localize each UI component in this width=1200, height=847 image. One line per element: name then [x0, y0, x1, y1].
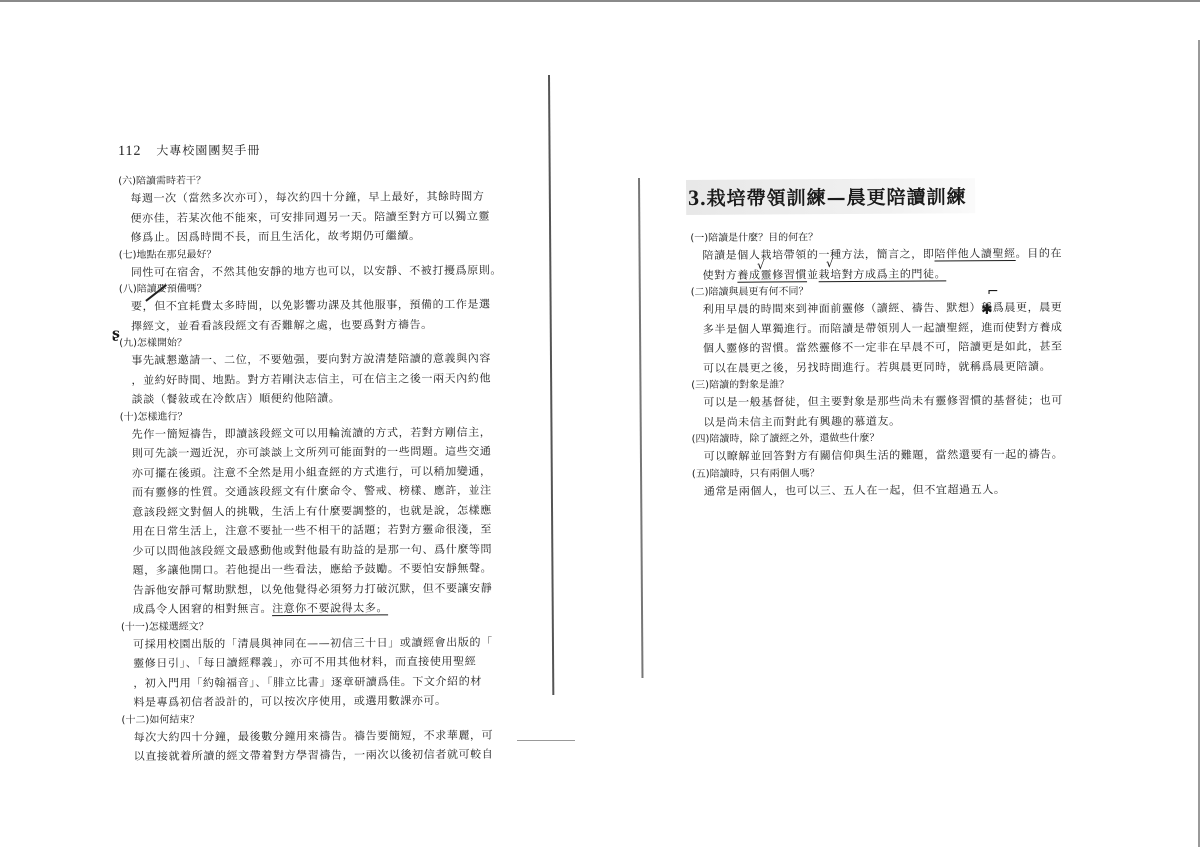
- text-line: 通常是兩個人，也可以三、五人在一起，但不宜超過五人。: [704, 479, 1082, 501]
- text-line: 利用早晨的時間來到神面前靈修（讀經、禱告、默想）稱爲晨更，晨更: [703, 298, 1081, 320]
- section-11: (十一)怎樣選經文？ 可採用校園出版的「清晨與神同在——初信三十日」或讀經會出版…: [121, 617, 542, 713]
- text-line: 料是專爲初信者設計的，可以按次序使用，或選用數課亦可。: [133, 690, 541, 712]
- text-line: 意該段經文對個人的挑戰，生活上有什麼要調整的，也就是說，怎樣應: [132, 500, 540, 522]
- handwritten-check-icon: √: [757, 258, 765, 272]
- section-10: (十)怎樣進行？ 先作一簡短禱告，即讀該段經文可以用輪流讀的方式，若對方剛信主，…: [120, 407, 541, 620]
- text-line: 要，但不宜耗費太多時間，以免影響功課及其他服事，預備的工作是選: [131, 294, 539, 316]
- text-line: 則可先談一週近況，亦可談談上文所列可能面對的一些問題。這些交通: [132, 441, 540, 463]
- page-gutter-line: [548, 75, 554, 695]
- text-line: 談談（餐敍或在冷飲店）順便約他陪讀。: [132, 387, 540, 409]
- text-segment: 使對方: [703, 268, 738, 281]
- handwritten-margin-mark-icon: ʂ: [112, 326, 120, 342]
- right-page: 3.栽培帶領訓練—晨更陪讀訓練 (一)陪讀是什麼？目的何在？ 陪讀是個人栽培帶領…: [690, 178, 1082, 501]
- left-page: 112 大專校園團契手冊 (六)陪讀需時若干？ 每週一次（當然多次亦可），每次約…: [118, 139, 542, 766]
- book-title: 大專校園團契手冊: [156, 143, 260, 158]
- text-line: 每次大約四十分鐘，最後數分鐘用來禱告。禱告要簡短，不求華麗，可: [134, 725, 542, 747]
- section-5: (五)陪讀時，只有兩個人嗎？ 通常是兩個人，也可以三、五人在一起，但不宜超過五人…: [692, 464, 1082, 501]
- text-line: 成爲令人困窘的相對無言。注意你不要說得太多。: [133, 597, 541, 619]
- text-line: 同性可在宿舍，不然其他安靜的地方也可以，以安靜、不被打擾爲原則。: [131, 260, 539, 282]
- section-4: (四)陪讀時，除了讀經之外，還做些什麼？ 可以瞭解並回答對方有關信仰與生活的難題…: [692, 430, 1082, 467]
- text-line: 告訴他安靜可幫助默想，以免他覺得必須努力打破沉默，但不要讓安靜: [133, 578, 541, 600]
- text-line: 多半是個人單獨進行。而陪讀是帶領別人一起讀聖經，進而使對方養成: [703, 317, 1081, 339]
- section-2: (二)陪讀與晨更有何不同？ 利用早晨的時間來到神面前靈修（讀經、禱告、默想）稱爲…: [691, 283, 1082, 378]
- underlined-text: 栽培對方成爲主的門徒。: [819, 267, 947, 281]
- text-line: 可以是一般基督徒，但主要對象是那些尚未有靈修習慣的基督徒；也可: [703, 391, 1081, 413]
- text-line: 題，多讓他開口。若他提出一些看法，應給予鼓勵。不要怕安靜無聲。: [133, 558, 541, 580]
- text-segment: 並: [807, 268, 819, 281]
- scan-top-edge: [0, 0, 1200, 2]
- text-line: 事先誠懇邀請一、二位，不要勉强，要向對方說清楚陪讀的意義與內容: [131, 348, 539, 370]
- section-7: (七)地點在那兒最好？ 同性可在宿舍，不然其他安靜的地方也可以，以安靜、不被打擾…: [119, 245, 539, 282]
- text-line: 以是尚未信主而對此有興趣的慕道友。: [703, 410, 1081, 432]
- text-line: 可以瞭解並回答對方有關信仰與生活的難題，當然還要有一起的禱告。: [704, 445, 1082, 467]
- text-line: 每週一次（當然多次亦可），每次約四十分鐘，早上最好，其餘時間方: [130, 186, 538, 208]
- section-8: (八)陪讀要預備嗎？ 要，但不宜耗費太多時間，以免影響功課及其他服事，預備的工作…: [119, 279, 539, 336]
- section-12: (十二)如何結束？ 每次大約四十分鐘，最後數分鐘用來禱告。禱告要簡短，不求華麗，…: [121, 710, 541, 767]
- text-line: 個人靈修的習慣。當然靈修不一定非在早晨不可，陪讀更是如此，甚至: [703, 337, 1081, 359]
- chapter-number: 3.: [688, 185, 707, 210]
- text-line: ，初入門用「約翰福音」、「腓立比書」逐章研讀爲佳。下文介紹的材: [133, 671, 541, 693]
- section-6: (六)陪讀需時若干？ 每週一次（當然多次亦可），每次約四十分鐘，早上最好，其餘時…: [118, 171, 538, 247]
- chapter-title: 3.栽培帶領訓練—晨更陪讀訓練: [686, 178, 975, 215]
- text-line: 可以在晨更之後，另找時間進行。若與晨更同時，就稱爲晨更陪讀。: [703, 356, 1081, 378]
- section-1: (一)陪讀是什麼？目的何在？ 陪讀是個人栽培帶領的一種方法，簡言之，即陪伴他人讀…: [690, 229, 1080, 285]
- section-3: (三)陪讀的對象是誰？ 可以是一般基督徒，但主要對象是那些尚未有靈修習慣的基督徒…: [691, 376, 1081, 432]
- section-9: (九)怎樣開始？ 事先誠懇邀請一、二位，不要勉强，要向對方說清楚陪讀的意義與內容…: [119, 333, 539, 409]
- running-head: 112 大專校園團契手冊: [118, 139, 538, 160]
- text-line: 可採用校園出版的「清晨與神同在——初信三十日」或讀經會出版的「: [133, 632, 541, 654]
- page-number: 112: [118, 144, 142, 159]
- text-line: 而有靈修的性質。交通該段經文有什麼命令、警戒、榜樣、應許，並注: [132, 480, 540, 502]
- handwritten-check-icon: √: [826, 256, 834, 270]
- underlined-text: 陪伴他人讀聖經: [934, 247, 1015, 260]
- chapter-title-text: 栽培帶領訓練—晨更陪讀訓練: [707, 186, 967, 210]
- text-line: ，並約好時間、地點。對方若剛決志信主，可在信主之後一兩天內約他: [131, 368, 539, 390]
- text-line: 擇經文，並看看該段經文有否難解之處，也要爲對方禱告。: [131, 314, 539, 336]
- text-line: 靈修日引」、「每日讀經釋義」，亦可不用其他材料，而直接使用聖經: [133, 651, 541, 673]
- text-segment: 成爲令人困窘的相對無言。: [133, 602, 272, 616]
- text-line: 用在日常生活上，注意不要扯一些不相干的話題；若對方靈命很淺，至: [132, 519, 540, 541]
- underlined-text: 注意你不要說得太多。: [272, 601, 388, 615]
- underlined-text: 養成靈修習慣: [737, 268, 807, 281]
- page-gutter-line: [638, 178, 643, 678]
- handwritten-star-icon: ✱: [981, 302, 993, 318]
- text-segment: 陪讀是個人栽培帶領的一種方法，簡言之，即: [702, 248, 934, 262]
- text-line: 修爲止。因爲時間不長，而且生活化，故考期仍可繼續。: [131, 225, 539, 247]
- text-line: 少可以問他該段經文最感動他或對他最有助益的是那一句、爲什麼等問: [132, 539, 540, 561]
- text-segment: 。目的在: [1016, 247, 1062, 260]
- handwritten-bracket-icon: ⌐: [987, 284, 999, 300]
- text-line: 先作一簡短禱告，即讀該段經文可以用輪流讀的方式，若對方剛信主，: [132, 422, 540, 444]
- text-line: 以直接就着所讀的經文帶着對方學習禱告，一兩次以後初信者就可較自: [134, 744, 542, 766]
- text-line: 亦可擺在後頭。注意不全然是用小組查經的方式進行，可以稍加變通，: [132, 461, 540, 483]
- text-line: 便亦佳，若某次他不能來，可安排同週另一天。陪讀至對方可以獨立靈: [130, 206, 538, 228]
